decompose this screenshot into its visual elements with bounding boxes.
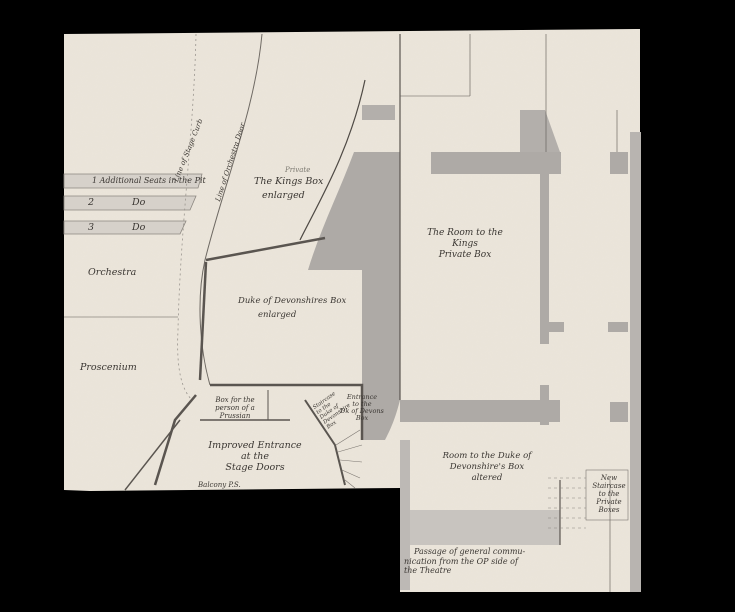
label-new-staircase: New Staircase to the Private Boxes — [592, 474, 626, 514]
label-improved-entrance: Improved Entrance at the Stage Doors — [200, 440, 310, 473]
label-entrance-duke-box: Entrance to the Dk of Devons Box — [340, 394, 384, 422]
label-duke-box: Duke of Devonshires Box — [238, 296, 346, 307]
label-additional-seats: 1 Additional Seats in the Pit — [92, 175, 206, 186]
plan-svg — [0, 0, 735, 612]
label-box-for-person: Box for the person of a Prussian — [205, 396, 265, 420]
label-duke-box-enlarged: enlarged — [258, 310, 296, 321]
label-row-2: 2 — [88, 197, 94, 208]
label-room-kings-box: The Room to the Kings Private Box — [420, 228, 510, 261]
label-row-3-ditto: Do — [132, 222, 145, 233]
label-private: Private — [285, 166, 310, 174]
label-kings-box-enlarged: enlarged — [262, 190, 305, 201]
label-row-2-ditto: Do — [132, 197, 145, 208]
label-passage: Passage of general commu- nication from … — [404, 547, 525, 576]
label-proscenium: Proscenium — [80, 362, 137, 373]
label-row-3: 3 — [88, 222, 94, 233]
label-room-duke: Room to the Duke of Devonshire's Box alt… — [432, 451, 542, 484]
floor-plan-drawing: 1 Additional Seats in the Pit 2 Do 3 Do … — [0, 0, 735, 612]
label-orchestra: Orchestra — [88, 267, 136, 278]
label-bottom-note: Balcony P.S. — [198, 481, 241, 489]
label-kings-box: The Kings Box — [254, 176, 323, 187]
